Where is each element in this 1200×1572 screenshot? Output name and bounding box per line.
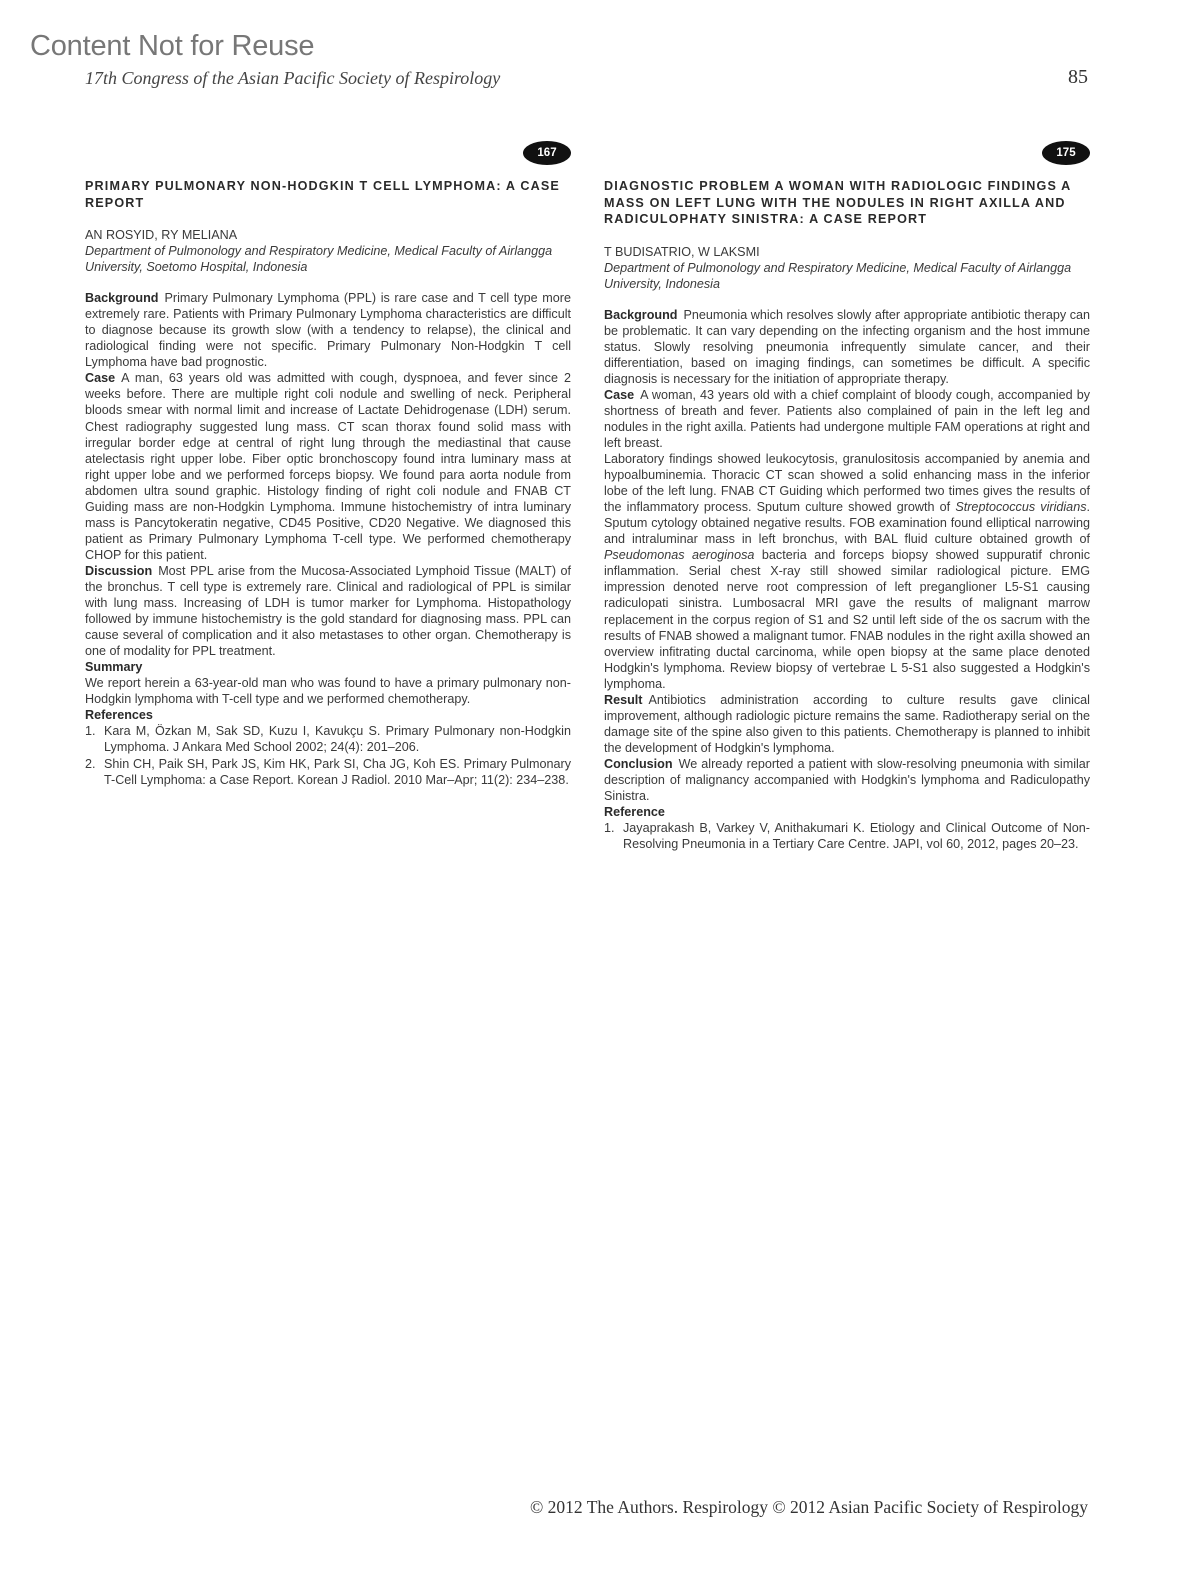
case-text: A woman, 43 years old with a chief compl… [604,388,1090,450]
abstract-body: BackgroundPrimary Pulmonary Lymphoma (PP… [85,290,571,787]
reference-number: 2. [85,756,96,772]
authors: T BUDISATRIO, W LAKSMI [604,244,1090,260]
background-label: Background [604,308,677,322]
reference-item: 2. Shin CH, Paik SH, Park JS, Kim HK, Pa… [85,756,571,788]
laboratory-paragraph: Laboratory findings showed leukocytosis,… [604,451,1090,692]
discussion-text: Most PPL arise from the Mucosa-Associate… [85,564,571,658]
conclusion-paragraph: ConclusionWe already reported a patient … [604,756,1090,804]
abstract-number-badge: 175 [1042,141,1090,165]
reference-list: 1. Jayaprakash B, Varkey V, Anithakumari… [604,820,1090,852]
result-label: Result [604,693,643,707]
affiliation: Department of Pulmonology and Respirator… [604,260,1090,292]
references-heading: References [85,707,571,723]
abstract-title: DIAGNOSTIC PROBLEM A WOMAN WITH RADIOLOG… [604,178,1090,228]
running-head: 17th Congress of the Asian Pacific Socie… [85,68,500,89]
affiliation: Department of Pulmonology and Respirator… [85,243,571,275]
discussion-label: Discussion [85,564,152,578]
abstract-167: 167 PRIMARY PULMONARY NON-HODGKIN T CELL… [85,140,571,788]
abstract-title: PRIMARY PULMONARY NON-HODGKIN T CELL LYM… [85,178,571,211]
background-label: Background [85,291,158,305]
copyright-footer: © 2012 The Authors. Respirology © 2012 A… [530,1497,1088,1518]
reference-item: 1. Jayaprakash B, Varkey V, Anithakumari… [604,820,1090,852]
case-paragraph: CaseA man, 63 years old was admitted wit… [85,370,571,563]
conclusion-text: We already reported a patient with slow-… [604,757,1090,803]
organism-name: Pseudomonas aeroginosa [604,548,754,562]
abstract-number-row: 175 [604,140,1090,166]
page-number: 85 [1068,66,1088,89]
authors: AN ROSYID, RY MELIANA [85,227,571,243]
reference-number: 1. [85,723,96,739]
abstract-number-row: 167 [85,140,571,166]
result-paragraph: ResultAntibiotics administration accordi… [604,692,1090,756]
abstract-number-badge: 167 [523,141,571,165]
lab-text-3: bacteria and forceps biopsy showed suppu… [604,548,1090,690]
watermark: Content Not for Reuse [30,30,314,63]
case-paragraph: CaseA woman, 43 years old with a chief c… [604,387,1090,451]
reference-text: Kara M, Özkan M, Sak SD, Kuzu I, Kavukçu… [104,724,571,754]
case-text: A man, 63 years old was admitted with co… [85,371,571,562]
abstract-175: 175 DIAGNOSTIC PROBLEM A WOMAN WITH RADI… [604,140,1090,852]
discussion-paragraph: DiscussionMost PPL arise from the Mucosa… [85,563,571,659]
organism-name: Streptococcus viridians [955,500,1086,514]
background-paragraph: BackgroundPrimary Pulmonary Lymphoma (PP… [85,290,571,370]
reference-text: Shin CH, Paik SH, Park JS, Kim HK, Park … [104,757,571,787]
conclusion-label: Conclusion [604,757,673,771]
case-label: Case [604,388,634,402]
reference-text: Jayaprakash B, Varkey V, Anithakumari K.… [623,821,1090,851]
result-text: Antibiotics administration according to … [604,693,1090,755]
reference-item: 1. Kara M, Özkan M, Sak SD, Kuzu I, Kavu… [85,723,571,755]
summary-heading: Summary [85,659,571,675]
reference-number: 1. [604,820,615,836]
case-label: Case [85,371,115,385]
references-heading: Reference [604,804,1090,820]
background-paragraph: BackgroundPneumonia which resolves slowl… [604,307,1090,387]
reference-list: 1. Kara M, Özkan M, Sak SD, Kuzu I, Kavu… [85,723,571,787]
summary-text: We report herein a 63-year-old man who w… [85,675,571,707]
abstract-body: BackgroundPneumonia which resolves slowl… [604,307,1090,853]
